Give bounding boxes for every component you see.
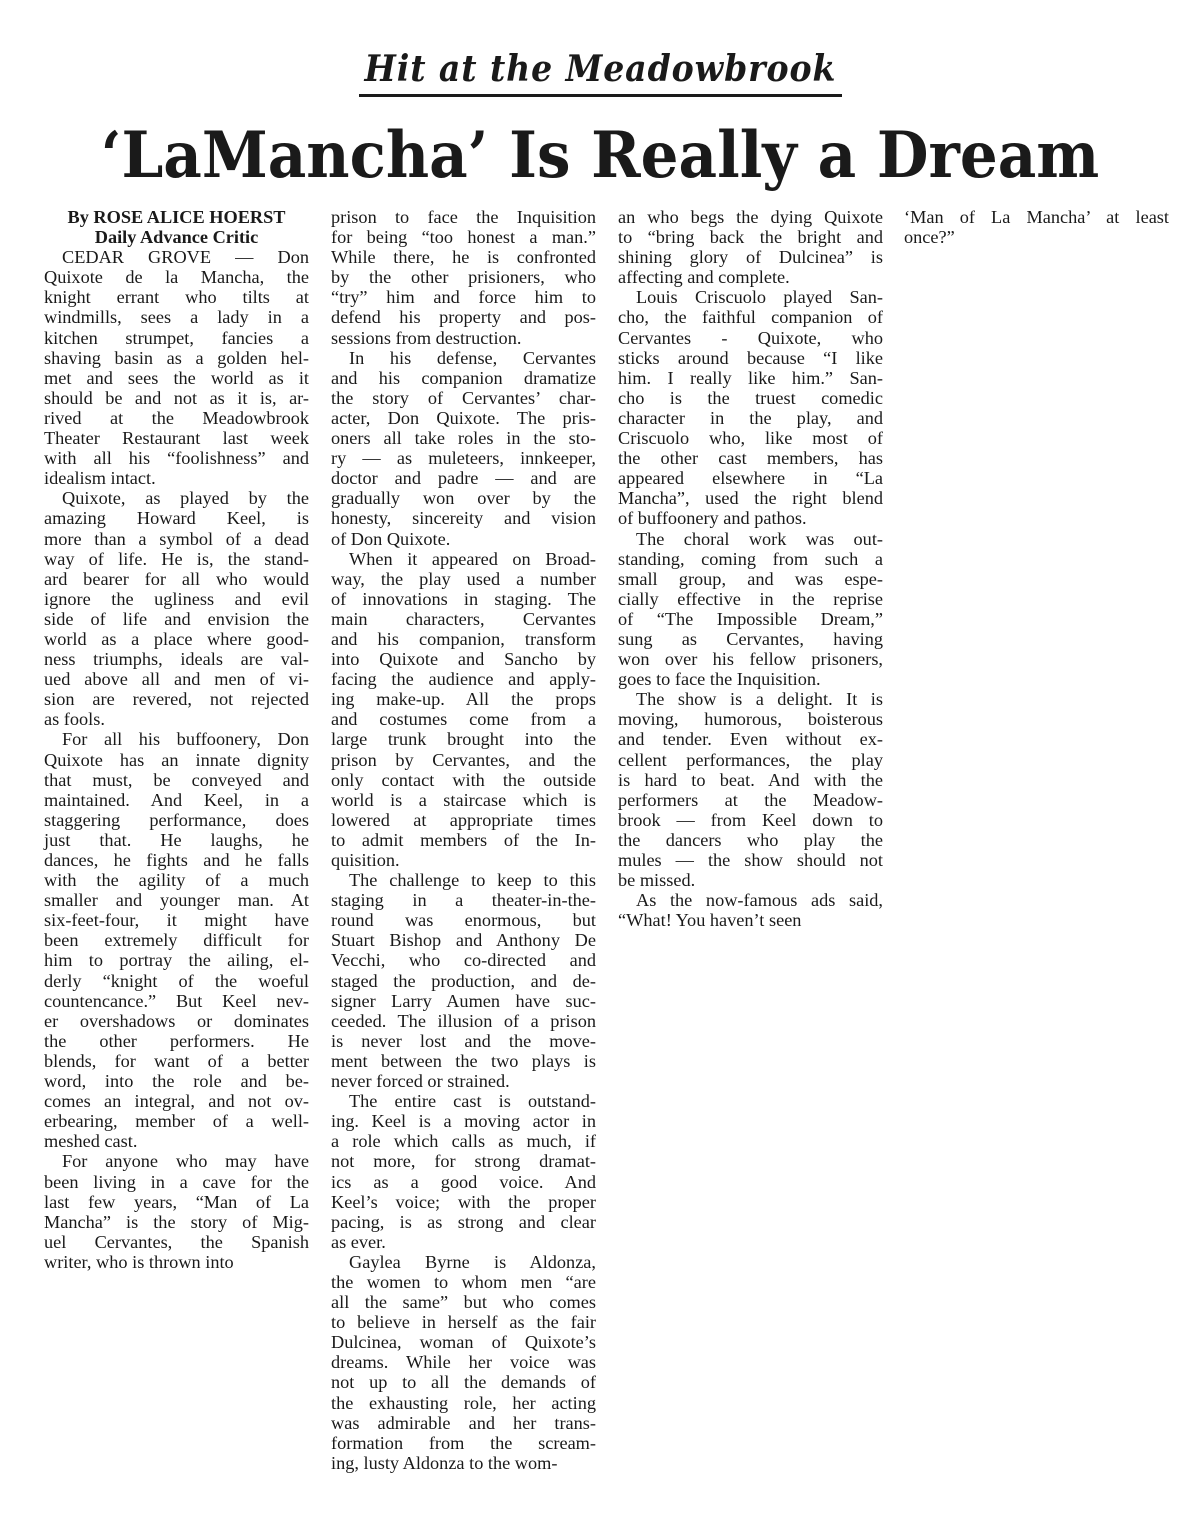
text-line: mules — the show should not bbox=[618, 850, 883, 870]
text-line: won over his fellow prisoners, bbox=[618, 649, 883, 669]
text-line: world as a place where good- bbox=[44, 629, 309, 649]
text-line: ness triumphs, ideals are val- bbox=[44, 649, 309, 669]
text-line: character in the play, and bbox=[618, 408, 883, 428]
text-line: The entire cast is outstand- bbox=[331, 1091, 596, 1111]
text-line: small group, and was espe- bbox=[618, 569, 883, 589]
text-line: the story of Cervantes’ char- bbox=[331, 388, 596, 408]
text-line: ignore the ugliness and evil bbox=[44, 589, 309, 609]
text-line: with all his “foolishness” and bbox=[44, 448, 309, 468]
text-line: way, the play used a number bbox=[331, 569, 596, 589]
text-line: ‘Man of La Mancha’ at least bbox=[904, 207, 1169, 227]
text-line: sessions from destruction. bbox=[331, 328, 596, 348]
text-line: Louis Criscuolo played San- bbox=[618, 287, 883, 307]
text-line: world is a staircase which is bbox=[331, 790, 596, 810]
text-line: affecting and complete. bbox=[618, 267, 883, 287]
text-line: Quixote de la Mancha, the bbox=[44, 267, 309, 287]
text-line: rived at the Meadowbrook bbox=[44, 408, 309, 428]
text-line: facing the audience and apply- bbox=[331, 669, 596, 689]
text-line: knight errant who tilts at bbox=[44, 287, 309, 307]
text-line: never forced or strained. bbox=[331, 1071, 596, 1091]
text-line: been living in a cave for the bbox=[44, 1172, 309, 1192]
text-line: that must, be conveyed and bbox=[44, 770, 309, 790]
text-line: and his companion, transform bbox=[331, 629, 596, 649]
text-line: appeared elsewhere in “La bbox=[618, 468, 883, 488]
column-body: ‘Man of La Mancha’ at leastonce?” bbox=[904, 207, 1169, 247]
text-line: writer, who is thrown into bbox=[44, 1252, 309, 1272]
text-line: him. I really like him.” San- bbox=[618, 368, 883, 388]
text-line: dances, he fights and he falls bbox=[44, 850, 309, 870]
text-line: As the now-famous ads said, bbox=[618, 890, 883, 910]
text-line: lowered at appropriate times bbox=[331, 810, 596, 830]
article-column-2: prison to face the Inquisitionfor being … bbox=[331, 207, 596, 1473]
text-line: for being “too honest a man.” bbox=[331, 227, 596, 247]
text-line: For all his buffoonery, Don bbox=[44, 729, 309, 749]
text-line: word, into the role and be- bbox=[44, 1071, 309, 1091]
text-line: oners all take roles in the sto- bbox=[331, 428, 596, 448]
text-line: derly “knight of the woeful bbox=[44, 971, 309, 991]
text-line: staging in a theater-in-the- bbox=[331, 890, 596, 910]
text-line: prison by Cervantes, and the bbox=[331, 750, 596, 770]
text-line: side of life and envision the bbox=[44, 609, 309, 629]
text-line: Mancha”, used the right blend bbox=[618, 488, 883, 508]
text-line: is hard to beat. And with the bbox=[618, 770, 883, 790]
kicker-container: Hit at the Meadowbrook bbox=[0, 48, 1200, 97]
text-line: Quixote has an innate dignity bbox=[44, 750, 309, 770]
article-column-4: ‘Man of La Mancha’ at leastonce?” bbox=[904, 207, 1169, 247]
text-line: quisition. bbox=[331, 850, 596, 870]
text-line: goes to face the Inquisition. bbox=[618, 669, 883, 689]
text-line: ry — as muleteers, innkeeper, bbox=[331, 448, 596, 468]
text-line: idealism intact. bbox=[44, 468, 309, 488]
text-line: to admit members of the In- bbox=[331, 830, 596, 850]
text-line: sion are revered, not rejected bbox=[44, 689, 309, 709]
text-line: sung as Cervantes, having bbox=[618, 629, 883, 649]
text-line: moving, humorous, boisterous bbox=[618, 709, 883, 729]
text-line: acter, Don Quixote. The pris- bbox=[331, 408, 596, 428]
text-line: into Quixote and Sancho by bbox=[331, 649, 596, 669]
text-line: honesty, sincereity and vision bbox=[331, 508, 596, 528]
text-line: and costumes come from a bbox=[331, 709, 596, 729]
text-line: of Don Quixote. bbox=[331, 529, 596, 549]
text-line: the dancers who play the bbox=[618, 830, 883, 850]
text-line: way of life. He is, the stand- bbox=[44, 549, 309, 569]
text-line: prison to face the Inquisition bbox=[331, 207, 596, 227]
text-line: of innovations in staging. The bbox=[331, 589, 596, 609]
text-line: cho, the faithful companion of bbox=[618, 307, 883, 327]
text-line: just that. He laughs, he bbox=[44, 830, 309, 850]
text-line: as fools. bbox=[44, 709, 309, 729]
text-line: not more, for strong dramat- bbox=[331, 1151, 596, 1171]
byline: By ROSE ALICE HOERST bbox=[44, 207, 309, 227]
byline-role: Daily Advance Critic bbox=[44, 227, 309, 247]
column-body: CEDAR GROVE — DonQuixote de la Mancha, t… bbox=[44, 247, 309, 1272]
text-line: Mancha” is the story of Mig- bbox=[44, 1212, 309, 1232]
text-line: defend his property and pos- bbox=[331, 307, 596, 327]
text-line: dreams. While her voice was bbox=[331, 1352, 596, 1372]
text-line: brook — from Keel down to bbox=[618, 810, 883, 830]
text-line: ing make-up. All the props bbox=[331, 689, 596, 709]
text-line: ued above all and men of vi- bbox=[44, 669, 309, 689]
text-line: “try” him and force him to bbox=[331, 287, 596, 307]
text-line: met and sees the world as it bbox=[44, 368, 309, 388]
text-line: blends, for want of a better bbox=[44, 1051, 309, 1071]
text-line: amazing Howard Keel, is bbox=[44, 508, 309, 528]
text-line: a role which calls as much, if bbox=[331, 1131, 596, 1151]
text-line: him to portray the ailing, el- bbox=[44, 950, 309, 970]
text-line: The choral work was out- bbox=[618, 529, 883, 549]
text-line: uel Cervantes, the Spanish bbox=[44, 1232, 309, 1252]
text-line: shaving basin as a golden hel- bbox=[44, 348, 309, 368]
text-line: er overshadows or dominates bbox=[44, 1011, 309, 1031]
text-line: cho is the truest comedic bbox=[618, 388, 883, 408]
text-line: Cervantes - Quixote, who bbox=[618, 328, 883, 348]
text-line: windmills, sees a lady in a bbox=[44, 307, 309, 327]
text-line: the exhausting role, her acting bbox=[331, 1393, 596, 1413]
text-line: ics as a good voice. And bbox=[331, 1172, 596, 1192]
text-line: staged the production, and de- bbox=[331, 971, 596, 991]
text-line: an who begs the dying Quixote bbox=[618, 207, 883, 227]
text-line: The challenge to keep to this bbox=[331, 870, 596, 890]
text-line: once?” bbox=[904, 227, 1169, 247]
text-line: signer Larry Aumen have suc- bbox=[331, 991, 596, 1011]
text-line: large trunk brought into the bbox=[331, 729, 596, 749]
text-line: In his defense, Cervantes bbox=[331, 348, 596, 368]
text-line: and tender. Even without ex- bbox=[618, 729, 883, 749]
article-column-3: an who begs the dying Quixoteto “bring b… bbox=[618, 207, 883, 930]
text-line: For anyone who may have bbox=[44, 1151, 309, 1171]
text-line: be missed. bbox=[618, 870, 883, 890]
text-line: main characters, Cervantes bbox=[331, 609, 596, 629]
headline: ‘LaMancha’ Is Really a Dream bbox=[42, 118, 1158, 193]
text-line: ceeded. The illusion of a prison bbox=[331, 1011, 596, 1031]
text-line: maintained. And Keel, in a bbox=[44, 790, 309, 810]
text-line: performers at the Meadow- bbox=[618, 790, 883, 810]
text-line: countencance.” But Keel nev- bbox=[44, 991, 309, 1011]
text-line: the women to whom men “are bbox=[331, 1272, 596, 1292]
text-line: sticks around because “I like bbox=[618, 348, 883, 368]
text-line: “What! You haven’t seen bbox=[618, 910, 883, 930]
text-line: The show is a delight. It is bbox=[618, 689, 883, 709]
text-line: all the same” but who comes bbox=[331, 1292, 596, 1312]
text-line: ard bearer for all who would bbox=[44, 569, 309, 589]
text-line: Vecchi, who co-directed and bbox=[331, 950, 596, 970]
text-line: When it appeared on Broad- bbox=[331, 549, 596, 569]
kicker: Hit at the Meadowbrook bbox=[359, 48, 842, 97]
text-line: is never lost and the move- bbox=[331, 1031, 596, 1051]
text-line: the other cast members, has bbox=[618, 448, 883, 468]
column-body: prison to face the Inquisitionfor being … bbox=[331, 207, 596, 1473]
text-line: by the other prisioners, who bbox=[331, 267, 596, 287]
text-line: ing. Keel is a moving actor in bbox=[331, 1111, 596, 1131]
text-line: cially effective in the reprise bbox=[618, 589, 883, 609]
text-line: staggering performance, does bbox=[44, 810, 309, 830]
text-line: only contact with the outside bbox=[331, 770, 596, 790]
text-line: meshed cast. bbox=[44, 1131, 309, 1151]
column-body: an who begs the dying Quixoteto “bring b… bbox=[618, 207, 883, 930]
text-line: of buffoonery and pathos. bbox=[618, 508, 883, 528]
text-line: Theater Restaurant last week bbox=[44, 428, 309, 448]
text-line: to believe in herself as the fair bbox=[331, 1312, 596, 1332]
text-line: to “bring back the bright and bbox=[618, 227, 883, 247]
text-line: cellent performances, the play bbox=[618, 750, 883, 770]
text-line: smaller and younger man. At bbox=[44, 890, 309, 910]
text-line: more than a symbol of a dead bbox=[44, 529, 309, 549]
text-line: While there, he is confronted bbox=[331, 247, 596, 267]
text-line: round was enormous, but bbox=[331, 910, 596, 930]
text-line: as ever. bbox=[331, 1232, 596, 1252]
text-line: been extremely difficult for bbox=[44, 930, 309, 950]
text-line: Stuart Bishop and Anthony De bbox=[331, 930, 596, 950]
text-line: Criscuolo who, like most of bbox=[618, 428, 883, 448]
text-line: six-feet-four, it might have bbox=[44, 910, 309, 930]
text-line: was admirable and her trans- bbox=[331, 1413, 596, 1433]
text-line: Quixote, as played by the bbox=[44, 488, 309, 508]
text-line: Dulcinea, woman of Quixote’s bbox=[331, 1332, 596, 1352]
text-line: pacing, is as strong and clear bbox=[331, 1212, 596, 1232]
text-line: comes an integral, and not ov- bbox=[44, 1091, 309, 1111]
article-column-1: By ROSE ALICE HOERST Daily Advance Criti… bbox=[44, 207, 309, 1272]
text-line: kitchen strumpet, fancies a bbox=[44, 328, 309, 348]
text-line: formation from the scream- bbox=[331, 1433, 596, 1453]
text-line: doctor and padre — and are bbox=[331, 468, 596, 488]
text-line: and his companion dramatize bbox=[331, 368, 596, 388]
text-line: the other performers. He bbox=[44, 1031, 309, 1051]
text-line: standing, coming from such a bbox=[618, 549, 883, 569]
text-line: last few years, “Man of La bbox=[44, 1192, 309, 1212]
text-line: ment between the two plays is bbox=[331, 1051, 596, 1071]
text-line: should be and not as it is, ar- bbox=[44, 388, 309, 408]
text-line: ing, lusty Aldonza to the wom- bbox=[331, 1453, 596, 1473]
text-line: with the agility of a much bbox=[44, 870, 309, 890]
text-line: shining glory of Dulcinea” is bbox=[618, 247, 883, 267]
text-line: not up to all the demands of bbox=[331, 1372, 596, 1392]
text-line: gradually won over by the bbox=[331, 488, 596, 508]
text-line: Gaylea Byrne is Aldonza, bbox=[331, 1252, 596, 1272]
text-line: Keel’s voice; with the proper bbox=[331, 1192, 596, 1212]
text-line: of “The Impossible Dream,” bbox=[618, 609, 883, 629]
text-line: CEDAR GROVE — Don bbox=[44, 247, 309, 267]
text-line: erbearing, member of a well- bbox=[44, 1111, 309, 1131]
